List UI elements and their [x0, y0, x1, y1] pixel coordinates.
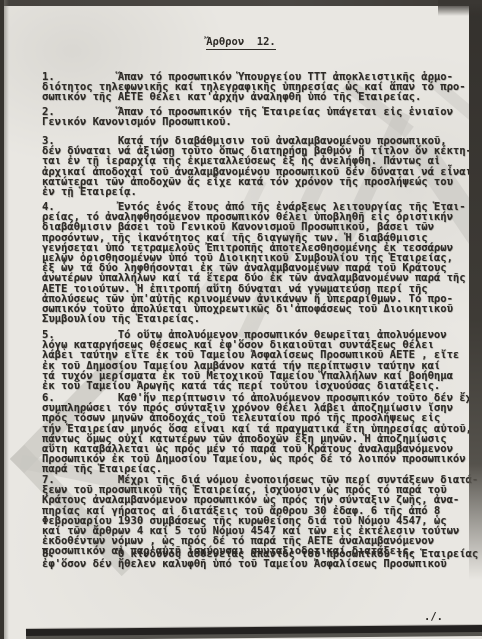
article-paragraph-6: 6. Καθ'ἥν περίπτωσιν τό ἀπολυόμενον προσ…	[42, 393, 482, 475]
document-text: Ἄρθρον 12. 1. Ἅπαν τό προσωπικόν Ὑπουργε…	[0, 0, 482, 639]
article-paragraph-8: 8. Ὁ κίνδυνος ἀσθενείας ἅπαντος τοῦ προσ…	[42, 549, 478, 569]
scan-edge-right	[469, 0, 482, 580]
article-paragraph-7: 7. Μέχρι τῆς διά νόμου ἐνοποιήσεως τῶν π…	[42, 475, 478, 557]
scan-edge-top	[0, 0, 482, 6]
article-paragraph-3: 3. Κατά τήν διαβάθμισιν τοῦ ἀναλαμβανομέ…	[42, 136, 472, 197]
article-heading-text: Ἄρθρον 12.	[206, 36, 276, 50]
scan-edge-left-shadow	[4, 0, 9, 639]
article-paragraph-4: 4. Ἐντός ἑνός ἔτους ἀπό τῆς ἐνάρξεως λει…	[42, 202, 466, 324]
page-continuation-mark: ./.	[424, 611, 443, 623]
scanned-document-page: Ἄρθρον 12. 1. Ἅπαν τό προσωπικόν Ὑπουργε…	[0, 0, 482, 639]
article-paragraph-2: 2. Ἅπαν τό προσωπικόν τῆς Ἑταιρείας ὑπάγ…	[42, 107, 453, 127]
scan-edge-top-right	[438, 0, 482, 16]
article-paragraph-1: 1. Ἅπαν τό προσωπικόν Ὑπουργείου ΤΤΤ ἀπο…	[42, 72, 466, 103]
article-paragraph-5: 5. Τό οὕτω ἀπολυόμενον προσωπικόν θεωρεῖ…	[42, 330, 459, 391]
article-heading: Ἄρθρον 12.	[0, 36, 482, 48]
